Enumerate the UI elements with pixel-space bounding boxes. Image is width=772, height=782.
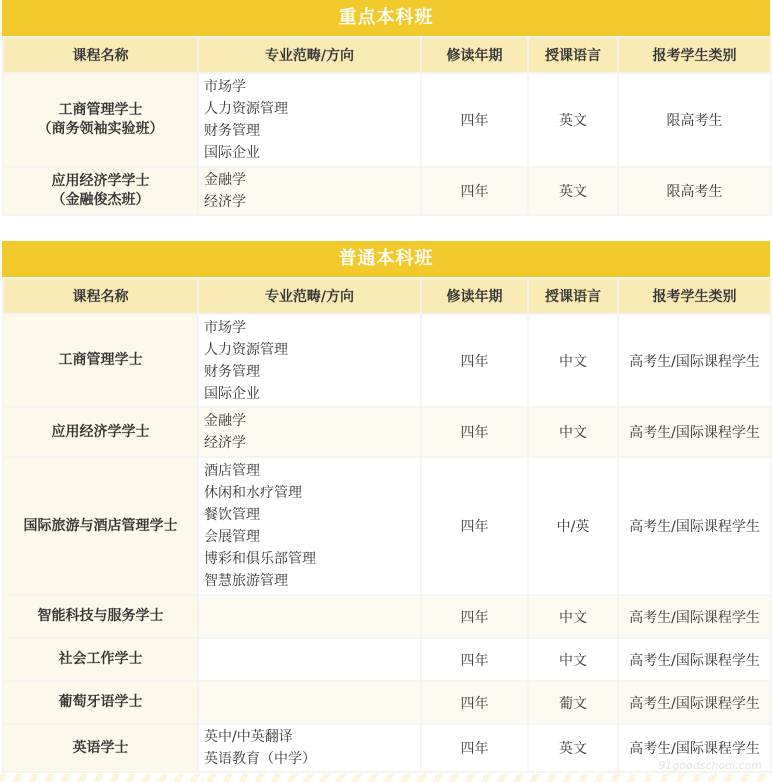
program-eligibility: 高考生/国际课程学生	[618, 638, 771, 681]
table-header-row: 课程名称 专业范畴/方向 修读年期 授课语言 报考学生类别	[3, 278, 771, 314]
program-name: 国际旅游与酒店管理学士	[3, 457, 198, 595]
direction-item: 餐饮管理	[204, 504, 420, 526]
table-row: 葡萄牙语学士 四年 葡文 高考生/国际课程学生	[3, 681, 771, 724]
program-name-line: （金融俊杰班）	[4, 191, 197, 210]
decorative-stripes	[0, 774, 772, 782]
direction-item: 酒店管理	[204, 460, 420, 482]
direction-item: 英语教育（中学）	[204, 748, 420, 770]
program-name-line: （商务领袖实验班）	[4, 120, 197, 139]
program-directions: 金融学 经济学	[198, 407, 421, 457]
program-table: 课程名称 专业范畴/方向 修读年期 授课语言 报考学生类别 工商管理学士 （商务…	[2, 36, 772, 216]
program-language: 英文	[528, 724, 618, 772]
program-eligibility: 高考生/国际课程学生	[618, 681, 771, 724]
direction-item: 博彩和俱乐部管理	[204, 548, 420, 570]
program-directions: 金融学 经济学	[198, 167, 421, 215]
col-header-direction: 专业范畴/方向	[198, 278, 421, 314]
program-language: 中文	[528, 638, 618, 681]
direction-item: 市场学	[204, 317, 420, 339]
col-header-language: 授课语言	[528, 278, 618, 314]
program-language: 英文	[528, 73, 618, 167]
program-name-line: 应用经济学学士	[4, 172, 197, 191]
program-name: 葡萄牙语学士	[3, 681, 198, 724]
table-row: 智能科技与服务学士 四年 中文 高考生/国际课程学生	[3, 595, 771, 638]
program-directions: 酒店管理 休闲和水疗管理 餐饮管理 会展管理 博彩和俱乐部管理 智慧旅游管理	[198, 457, 421, 595]
program-duration: 四年	[421, 407, 528, 457]
direction-item: 金融学	[204, 169, 420, 191]
program-name: 应用经济学学士 （金融俊杰班）	[3, 167, 198, 215]
table-row: 社会工作学士 四年 中文 高考生/国际课程学生	[3, 638, 771, 681]
program-directions: 市场学 人力资源管理 财务管理 国际企业	[198, 314, 421, 407]
program-duration: 四年	[421, 681, 528, 724]
direction-item: 财务管理	[204, 120, 420, 142]
program-directions	[198, 638, 421, 681]
program-directions	[198, 595, 421, 638]
section-title: 普通本科班	[2, 241, 770, 277]
col-header-direction: 专业范畴/方向	[198, 37, 421, 73]
table-row: 应用经济学学士 金融学 经济学 四年 中文 高考生/国际课程学生	[3, 407, 771, 457]
program-table: 课程名称 专业范畴/方向 修读年期 授课语言 报考学生类别 工商管理学士 市场学…	[2, 277, 772, 773]
direction-item: 财务管理	[204, 361, 420, 383]
col-header-eligibility: 报考学生类别	[618, 278, 771, 314]
program-duration: 四年	[421, 73, 528, 167]
program-language: 中文	[528, 595, 618, 638]
col-header-duration: 修读年期	[421, 278, 528, 314]
program-name-line: 工商管理学士	[4, 101, 197, 120]
table-header-row: 课程名称 专业范畴/方向 修读年期 授课语言 报考学生类别	[3, 37, 771, 73]
program-eligibility: 高考生/国际课程学生	[618, 314, 771, 407]
direction-item: 国际企业	[204, 142, 420, 164]
program-eligibility: 限高考生	[618, 167, 771, 215]
direction-item: 市场学	[204, 76, 420, 98]
program-name: 工商管理学士	[3, 314, 198, 407]
table-row: 工商管理学士 （商务领袖实验班） 市场学 人力资源管理 财务管理 国际企业 四年…	[3, 73, 771, 167]
program-duration: 四年	[421, 595, 528, 638]
program-directions: 英中/中英翻译 英语教育（中学）	[198, 724, 421, 772]
direction-item: 会展管理	[204, 526, 420, 548]
direction-item: 人力资源管理	[204, 98, 420, 120]
direction-item: 经济学	[204, 432, 420, 454]
program-name: 英语学士	[3, 724, 198, 772]
program-language: 英文	[528, 167, 618, 215]
table-row: 国际旅游与酒店管理学士 酒店管理 休闲和水疗管理 餐饮管理 会展管理 博彩和俱乐…	[3, 457, 771, 595]
program-eligibility: 高考生/国际课程学生	[618, 407, 771, 457]
direction-item: 英中/中英翻译	[204, 726, 420, 748]
direction-item: 人力资源管理	[204, 339, 420, 361]
direction-item: 休闲和水疗管理	[204, 482, 420, 504]
program-duration: 四年	[421, 457, 528, 595]
program-name: 智能科技与服务学士	[3, 595, 198, 638]
program-language: 中文	[528, 314, 618, 407]
program-directions	[198, 681, 421, 724]
section-title: 重点本科班	[2, 0, 770, 36]
col-header-duration: 修读年期	[421, 37, 528, 73]
program-duration: 四年	[421, 167, 528, 215]
program-eligibility: 限高考生	[618, 73, 771, 167]
program-language: 中文	[528, 407, 618, 457]
program-duration: 四年	[421, 314, 528, 407]
program-duration: 四年	[421, 638, 528, 681]
col-header-program: 课程名称	[3, 37, 198, 73]
direction-item: 经济学	[204, 191, 420, 213]
program-eligibility: 高考生/国际课程学生	[618, 457, 771, 595]
direction-item: 智慧旅游管理	[204, 570, 420, 592]
program-language: 中/英	[528, 457, 618, 595]
program-name: 工商管理学士 （商务领袖实验班）	[3, 73, 198, 167]
program-duration: 四年	[421, 724, 528, 772]
program-name: 社会工作学士	[3, 638, 198, 681]
section-regular-undergraduate: 普通本科班 课程名称 专业范畴/方向 修读年期 授课语言 报考学生类别 工商管理…	[2, 241, 770, 773]
program-eligibility: 高考生/国际课程学生	[618, 595, 771, 638]
col-header-eligibility: 报考学生类别	[618, 37, 771, 73]
program-name: 应用经济学学士	[3, 407, 198, 457]
program-language: 葡文	[528, 681, 618, 724]
section-key-undergraduate: 重点本科班 课程名称 专业范畴/方向 修读年期 授课语言 报考学生类别 工商管理…	[2, 0, 770, 216]
table-row: 工商管理学士 市场学 人力资源管理 财务管理 国际企业 四年 中文 高考生/国际…	[3, 314, 771, 407]
direction-item: 金融学	[204, 410, 420, 432]
direction-item: 国际企业	[204, 383, 420, 405]
col-header-program: 课程名称	[3, 278, 198, 314]
table-row: 英语学士 英中/中英翻译 英语教育（中学） 四年 英文 高考生/国际课程学生	[3, 724, 771, 772]
watermark: 91goodschool.com	[658, 759, 762, 772]
table-row: 应用经济学学士 （金融俊杰班） 金融学 经济学 四年 英文 限高考生	[3, 167, 771, 215]
col-header-language: 授课语言	[528, 37, 618, 73]
program-directions: 市场学 人力资源管理 财务管理 国际企业	[198, 73, 421, 167]
